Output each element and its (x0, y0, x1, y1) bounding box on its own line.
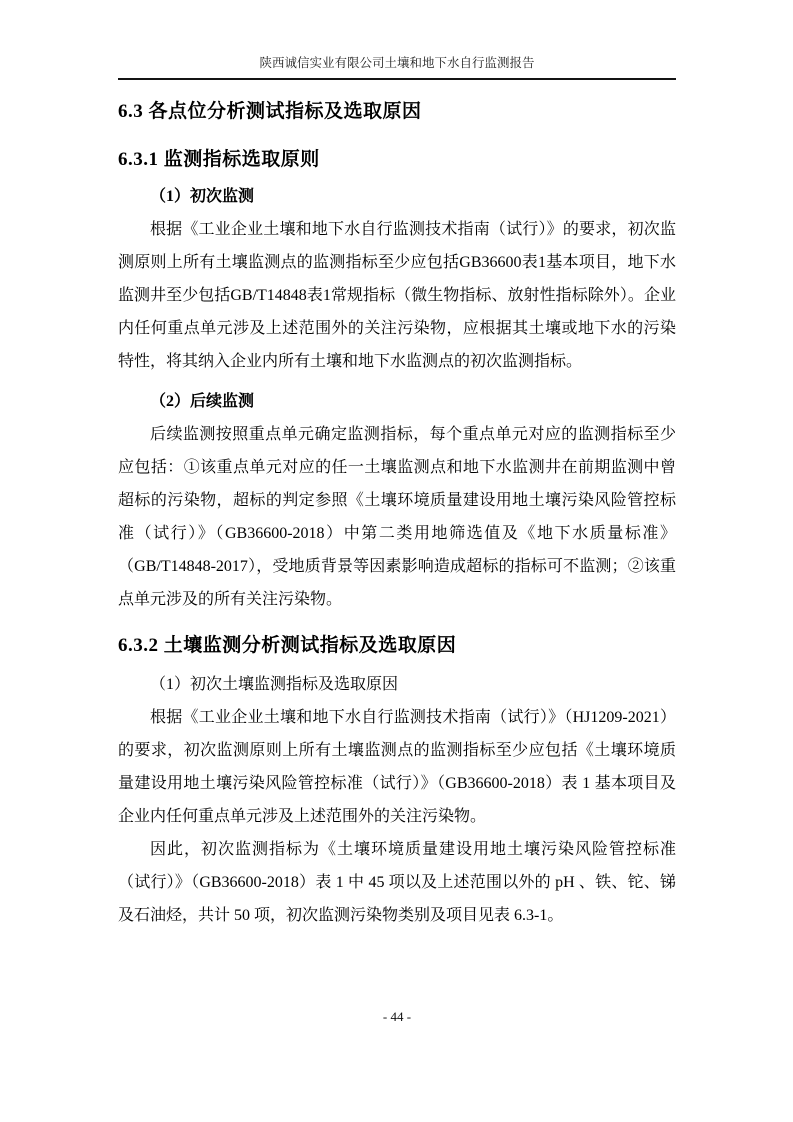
heading-6-3-1: 6.3.1 监测指标选取原则 (118, 147, 676, 173)
page-footer: - 44 - (118, 1008, 676, 1026)
paragraph-soil-conclusion: 因此，初次监测指标为《土壤环境质量建设用地土壤污染风险管控标准（试行）》（GB3… (118, 833, 676, 932)
subheading-soil-initial: （1）初次土壤监测指标及选取原因 (118, 668, 676, 701)
page-number: - 44 - (383, 1009, 411, 1024)
paragraph-initial-monitoring: 根据《工业企业土壤和地下水自行监测技术指南（试行）》的要求，初次监测原则上所有土… (118, 213, 676, 378)
heading-6-3: 6.3 各点位分析测试指标及选取原因 (118, 99, 676, 125)
running-header: 陕西诚信实业有限公司土壤和地下水自行监测报告 (118, 54, 676, 80)
document-page: 陕西诚信实业有限公司土壤和地下水自行监测报告 6.3 各点位分析测试指标及选取原… (0, 0, 793, 1122)
subheading-initial-monitoring: （1）初次监测 (118, 180, 676, 213)
running-header-title: 陕西诚信实业有限公司土壤和地下水自行监测报告 (259, 56, 534, 70)
paragraph-soil-basis: 根据《工业企业土壤和地下水自行监测技术指南（试行）》（HJ1209-2021）的… (118, 701, 676, 833)
heading-6-3-2: 6.3.2 土壤监测分析测试指标及选取原因 (118, 633, 676, 659)
paragraph-followup-monitoring: 后续监测按照重点单元确定监测指标，每个重点单元对应的监测指标至少应包括：①该重点… (118, 418, 676, 616)
document-body: 6.3 各点位分析测试指标及选取原因 6.3.1 监测指标选取原则 （1）初次监… (118, 86, 676, 932)
subheading-followup-monitoring: （2）后续监测 (118, 385, 676, 418)
